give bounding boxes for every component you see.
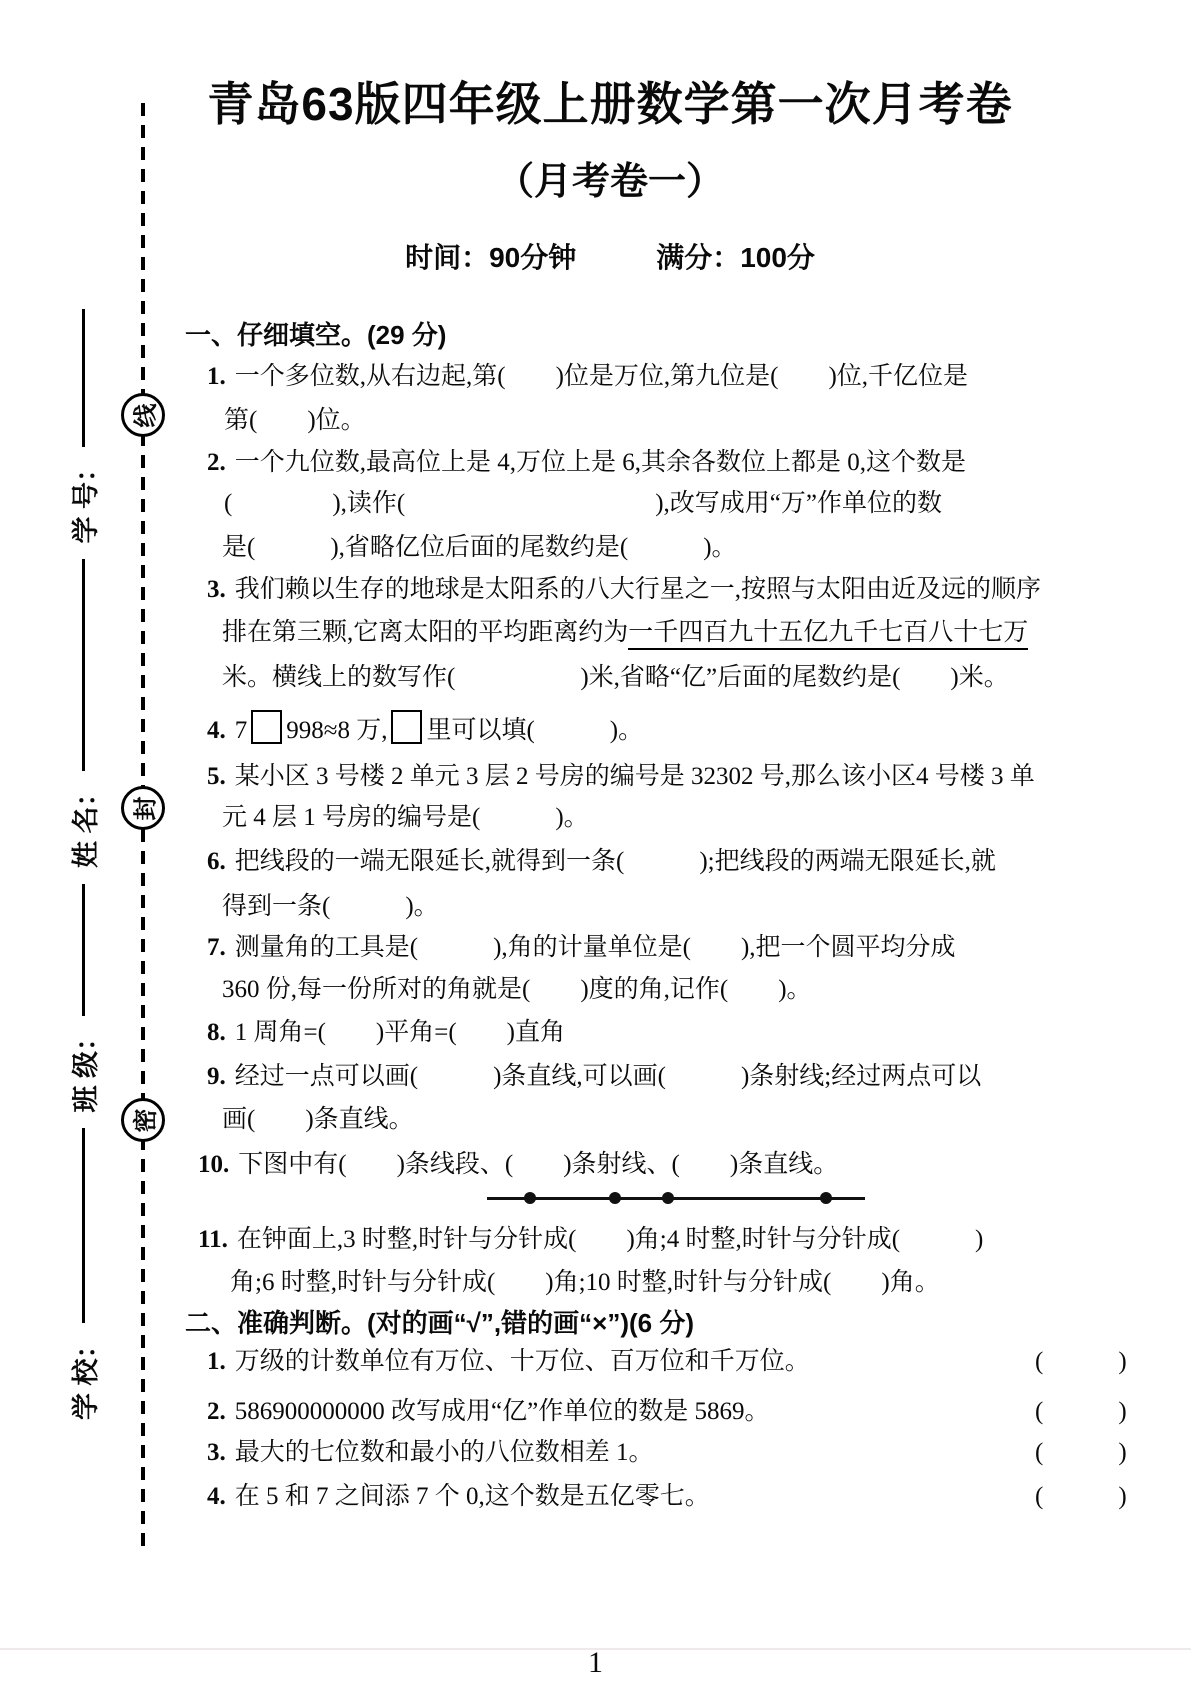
question-text: 经过一点可以画( )条直线,可以画( )条射线;经过两点可以 [235, 1063, 982, 1090]
question-line: 画( )条直线。 [222, 1103, 414, 1137]
judge-item: 2.586900000000 改写成用“亿”作单位的数是 5869。( ) [207, 1395, 769, 1429]
question-line: 2.一个九位数,最高位上是 4,万位上是 6,其余各数位上都是 0,这个数是 [207, 446, 966, 480]
question-text: 最大的七位数和最小的八位数相差 1。 [235, 1439, 654, 1466]
class-blank [82, 884, 85, 1016]
judge-item: 3.最大的七位数和最小的八位数相差 1。( ) [207, 1436, 654, 1470]
question-number: 10. [198, 1151, 229, 1178]
question-line: 得到一条( )。 [222, 890, 439, 924]
question-number: 3. [207, 1439, 226, 1466]
question-text: 一个多位数,从右边起,第( )位是万位,第九位是( )位,千亿位是 [235, 363, 968, 390]
underlined-number-words: 一千四百九十五亿九千七百八十七万 [628, 619, 1028, 650]
question-line: 第( )位。 [224, 404, 366, 438]
seal-circle-mi: 密 [121, 1098, 165, 1142]
question-text: 下图中有( )条线段、( )条射线、( )条直线。 [238, 1151, 838, 1178]
school-blank [82, 1128, 85, 1323]
question-text: 某小区 3 号楼 2 单元 3 层 2 号房的编号是 32302 号,那么该小区… [235, 763, 1035, 790]
exam-paper-page: 线 封 密 学 校： 班 级： 姓 名： 学 号： 青岛63版四年级上册数学第一… [0, 0, 1191, 1684]
question-text: 在 5 和 7 之间添 7 个 0,这个数是五亿零七。 [235, 1483, 710, 1510]
exam-title: 青岛63版四年级上册数学第一次月考卷 [25, 68, 1191, 134]
page-number: 1 [0, 1646, 1191, 1680]
question-number: 5. [207, 763, 226, 790]
question-text: 一个九位数,最高位上是 4,万位上是 6,其余各数位上都是 0,这个数是 [235, 449, 966, 476]
seal-circle-xian: 线 [121, 393, 165, 437]
answer-paren: ( ) [1035, 1480, 1127, 1514]
point-dot [609, 1192, 621, 1204]
line-figure [487, 1197, 865, 1200]
school-label: 学 校： [64, 1331, 103, 1420]
question-text: 7 [235, 717, 248, 744]
question-text: 测量角的工具是( ),角的计量单位是( ),把一个圆平均分成 [235, 934, 956, 961]
question-text: 在钟面上,3 时整,时针与分针成( )角;4 时整,时针与分针成( ) [237, 1226, 984, 1253]
section2-heading: 二、准确判断。(对的画“√”,错的画“×”)(6 分) [185, 1306, 694, 1340]
seal-char: 封 [126, 796, 161, 820]
seal-char: 线 [126, 403, 161, 427]
section1-heading: 一、仔细填空。(29 分) [185, 318, 446, 352]
name-label: 姓 名： [64, 779, 103, 868]
question-text: 998≈8 万, [286, 717, 387, 744]
point-dot [820, 1192, 832, 1204]
question-line: 元 4 层 1 号房的编号是( )。 [222, 801, 589, 835]
question-text: 把线段的一端无限延长,就得到一条( );把线段的两端无限延长,就 [235, 848, 996, 875]
seal-circle-feng: 封 [121, 786, 165, 830]
question-line: 8.1 周角=( )平角=( )直角 [207, 1016, 565, 1050]
question-line: 6.把线段的一端无限延长,就得到一条( );把线段的两端无限延长,就 [207, 845, 996, 879]
digit-box [251, 710, 282, 744]
judge-item: 1.万级的计数单位有万位、十万位、百万位和千万位。( ) [207, 1345, 810, 1379]
question-text: 米。横线上的数写作( )米,省略“亿”后面的尾数约是( )米。 [222, 664, 1009, 691]
question-number: 4. [207, 1483, 226, 1510]
question-line: 是( ),省略亿位后面的尾数约是( )。 [222, 531, 737, 565]
question-text: 360 份,每一份所对的角就是( )度的角,记作( )。 [222, 976, 812, 1003]
question-line: 5.某小区 3 号楼 2 单元 3 层 2 号房的编号是 32302 号,那么该… [207, 760, 1035, 794]
question-line: 1.一个多位数,从右边起,第( )位是万位,第九位是( )位,千亿位是 [207, 360, 968, 394]
point-dot [662, 1192, 674, 1204]
question-text: 1 周角=( )平角=( )直角 [235, 1019, 565, 1046]
question-number: 9. [207, 1063, 226, 1090]
answer-paren: ( ) [1035, 1395, 1127, 1429]
name-blank [82, 559, 85, 771]
question-text: 画( )条直线。 [222, 1106, 414, 1133]
question-number: 4. [207, 717, 226, 744]
question-text: 我们赖以生存的地球是太阳系的八大行星之一,按照与太阳由近及远的顺序 [235, 576, 1041, 603]
question-number: 1. [207, 363, 226, 390]
time-limit: 时间：90分钟 [405, 242, 576, 273]
point-dot [524, 1192, 536, 1204]
exam-meta: 时间：90分钟满分：100分 [25, 236, 1191, 276]
question-line: 3.我们赖以生存的地球是太阳系的八大行星之一,按照与太阳由近及远的顺序 [207, 573, 1041, 607]
question-number: 11. [198, 1226, 228, 1253]
question-line: 4.7998≈8 万,里可以填( )。 [207, 710, 643, 748]
question-text: 第( )位。 [224, 407, 366, 434]
question-text: 万级的计数单位有万位、十万位、百万位和千万位。 [235, 1348, 810, 1375]
question-text: 得到一条( )。 [222, 893, 439, 920]
question-line: 排在第三颗,它离太阳的平均距离约为一千四百九十五亿九千七百八十七万 [222, 616, 1028, 650]
question-text: ( ),读作( ),改写成用“万”作单位的数 [224, 490, 942, 517]
question-number: 2. [207, 1398, 226, 1425]
question-line: ( ),读作( ),改写成用“万”作单位的数 [224, 487, 942, 521]
question-line: 角;6 时整,时针与分针成( )角;10 时整,时针与分针成( )角。 [230, 1266, 940, 1300]
question-text: 586900000000 改写成用“亿”作单位的数是 5869。 [235, 1398, 770, 1425]
student-id-blank [82, 309, 85, 447]
answer-paren: ( ) [1035, 1436, 1127, 1470]
question-number: 6. [207, 848, 226, 875]
question-line: 10.下图中有( )条线段、( )条射线、( )条直线。 [198, 1148, 838, 1182]
full-score: 满分：100分 [656, 242, 815, 273]
class-label: 班 级： [64, 1024, 103, 1113]
question-number: 7. [207, 934, 226, 961]
question-number: 1. [207, 1348, 226, 1375]
question-line: 9.经过一点可以画( )条直线,可以画( )条射线;经过两点可以 [207, 1060, 981, 1094]
digit-box [391, 710, 422, 744]
question-line: 7.测量角的工具是( ),角的计量单位是( ),把一个圆平均分成 [207, 931, 956, 965]
question-number: 2. [207, 449, 226, 476]
student-info-fields: 学 校： 班 级： 姓 名： 学 号： [55, 260, 111, 1420]
student-id-label: 学 号： [64, 455, 103, 544]
question-line: 360 份,每一份所对的角就是( )度的角,记作( )。 [222, 973, 812, 1007]
question-text: 里可以填( )。 [426, 717, 643, 744]
question-line: 米。横线上的数写作( )米,省略“亿”后面的尾数约是( )米。 [222, 661, 1009, 695]
judge-item: 4.在 5 和 7 之间添 7 个 0,这个数是五亿零七。( ) [207, 1480, 710, 1514]
question-line: 11.在钟面上,3 时整,时针与分针成( )角;4 时整,时针与分针成( ) [198, 1223, 983, 1257]
seal-char: 密 [126, 1108, 161, 1132]
question-number: 8. [207, 1019, 226, 1046]
question-text: 角;6 时整,时针与分针成( )角;10 时整,时针与分针成( )角。 [230, 1269, 940, 1296]
question-number: 3. [207, 576, 226, 603]
question-text: 是( ),省略亿位后面的尾数约是( )。 [222, 534, 737, 561]
question-text: 元 4 层 1 号房的编号是( )。 [222, 804, 589, 831]
exam-subtitle: （月考卷一） [25, 150, 1191, 205]
question-text: 排在第三颗,它离太阳的平均距离约为 [222, 619, 628, 646]
answer-paren: ( ) [1035, 1345, 1127, 1379]
